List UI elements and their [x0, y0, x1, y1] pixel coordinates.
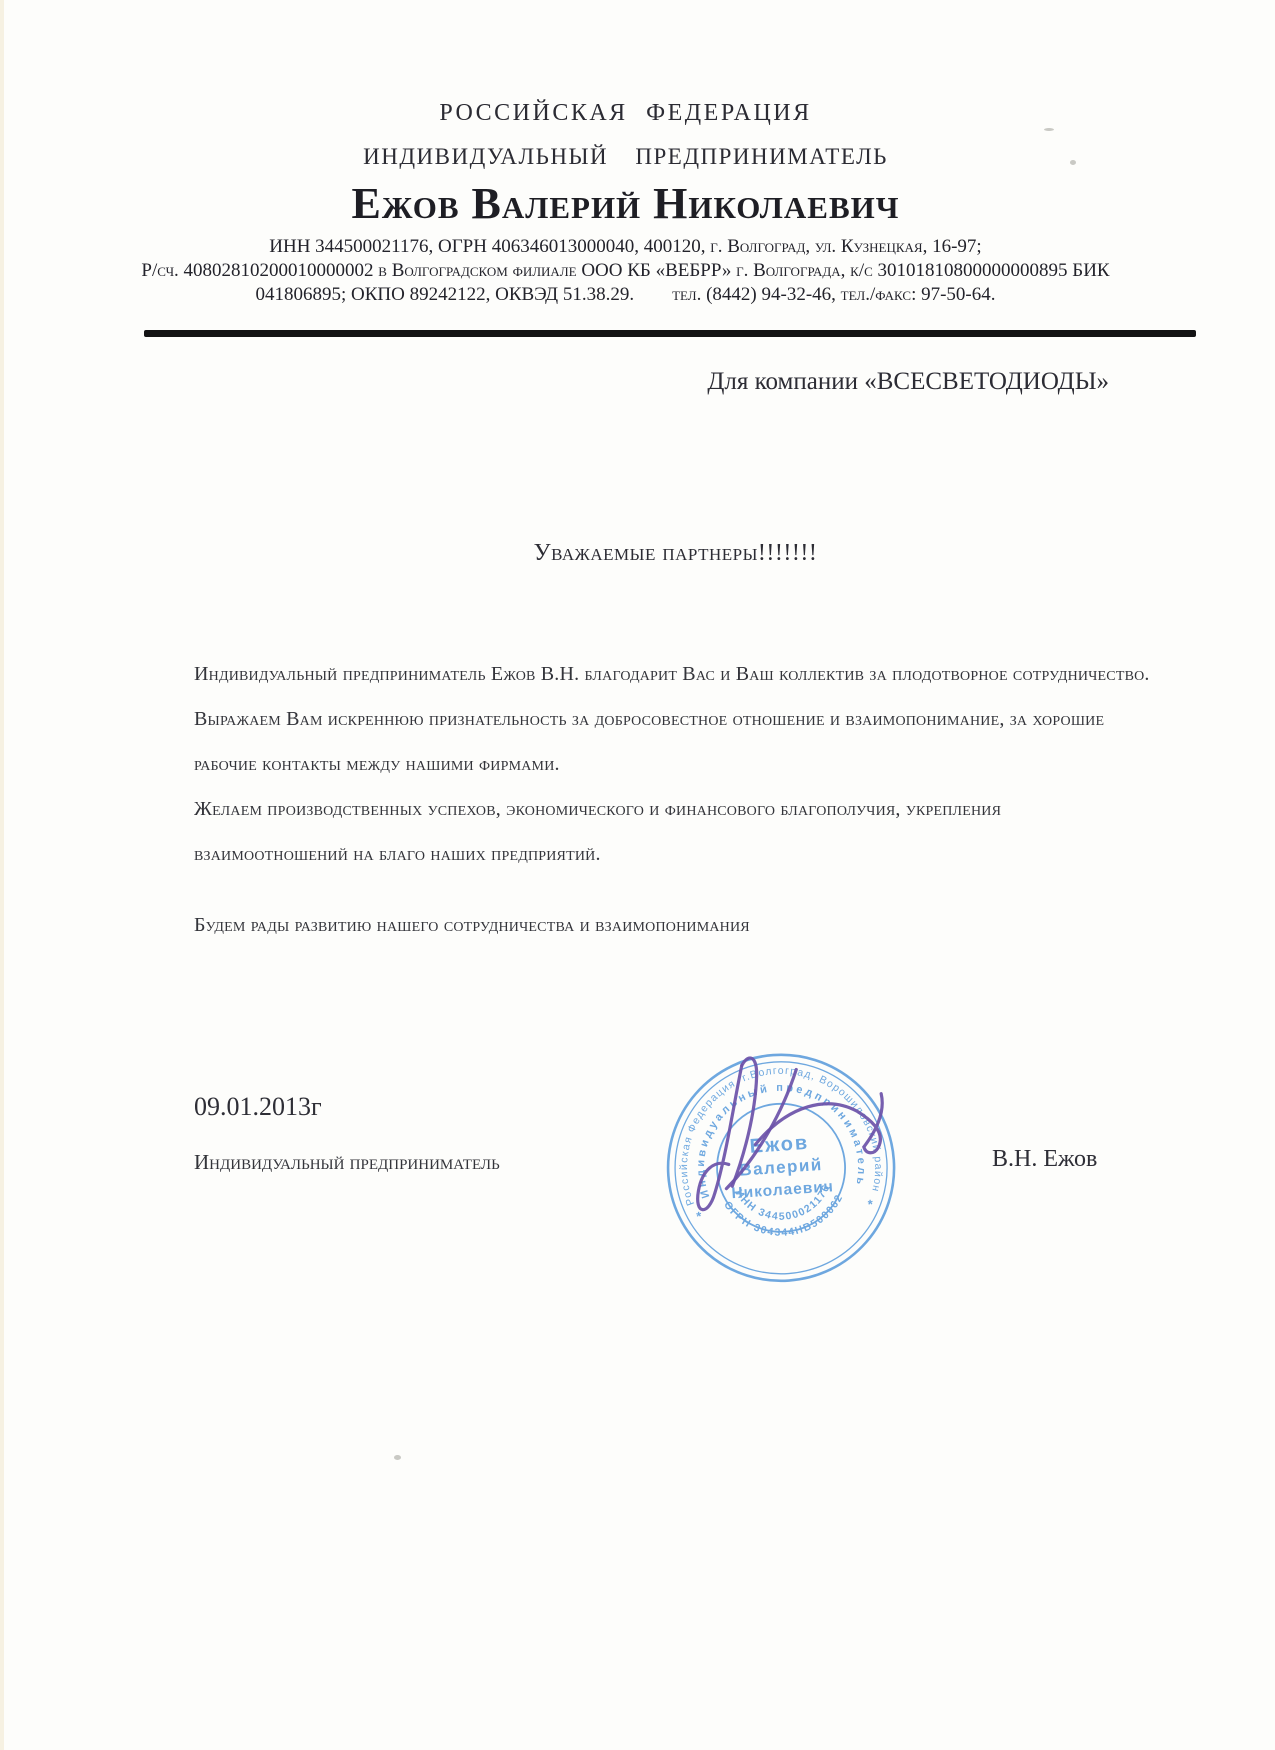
letterhead: РОССИЙСКАЯ ФЕДЕРАЦИЯ ИНДИВИДУАЛЬНЫЙ ПРЕД… [0, 100, 1263, 307]
requisites-line-bank: Р/сч. 40802810200010000002 в Волгоградск… [0, 259, 1263, 283]
paragraph-closing: Будем рады развитию нашего сотрудничеств… [194, 903, 1156, 948]
signer-title: Индивидуальный предприниматель [194, 1150, 500, 1175]
letterhead-requisites: ИНН 344500021176, ОГРН 406346013000040, … [0, 235, 1263, 307]
scan-speck [394, 1455, 401, 1460]
letterhead-country: РОССИЙСКАЯ ФЕДЕРАЦИЯ [0, 100, 1263, 127]
scan-speck [1070, 160, 1076, 165]
letter-body: Индивидуальный предприниматель Ежов В.Н.… [194, 652, 1156, 948]
stamp-artwork: Российская Федерация, г.Волгоград, Ворош… [660, 1047, 901, 1288]
stamp-center-surname: Ежов [749, 1132, 810, 1158]
stamp-star-right: * [867, 1196, 874, 1211]
paragraph-appreciation: Выражаем Вам искреннюю признательность з… [194, 697, 1156, 787]
signer-name: В.Н. Ежов [992, 1146, 1097, 1173]
recipient-line: Для компании «ВСЕСВЕТОДИОДЫ» [4, 368, 1109, 396]
round-stamp: Российская Федерация, г.Волгоград, Ворош… [642, 993, 942, 1312]
letter-date: 09.01.2013г [194, 1092, 322, 1122]
paragraph-gratitude: Индивидуальный предприниматель Ежов В.Н.… [194, 652, 1156, 697]
paragraph-wishes: Желаем производственных успехов, экономи… [194, 787, 1156, 877]
requisites-line-codes-phones: 041806895; ОКПО 89242122, ОКВЭД 51.38.29… [0, 283, 1263, 307]
stamp-and-signature: Российская Федерация, г.Волгоград, Ворош… [642, 993, 942, 1312]
scanned-letter-page: РОССИЙСКАЯ ФЕДЕРАЦИЯ ИНДИВИДУАЛЬНЫЙ ПРЕД… [0, 0, 1275, 1750]
requisites-line-inn-ogrn: ИНН 344500021176, ОГРН 406346013000040, … [0, 235, 1263, 259]
scan-speck [1044, 128, 1054, 131]
letterhead-owner-name: Ежов Валерий Николаевич [0, 178, 1263, 229]
requisites-phones: тел. (8442) 94-32-46, тел./факс: 97-50-6… [672, 284, 995, 305]
greeting-line: Уважаемые партнеры!!!!!!! [38, 540, 1275, 567]
letterhead-divider [144, 330, 1196, 337]
letterhead-entity-type: ИНДИВИДУАЛЬНЫЙ ПРЕДПРИНИМАТЕЛЬ [0, 144, 1263, 170]
requisites-codes: 041806895; ОКПО 89242122, ОКВЭД 51.38.29… [255, 284, 634, 305]
